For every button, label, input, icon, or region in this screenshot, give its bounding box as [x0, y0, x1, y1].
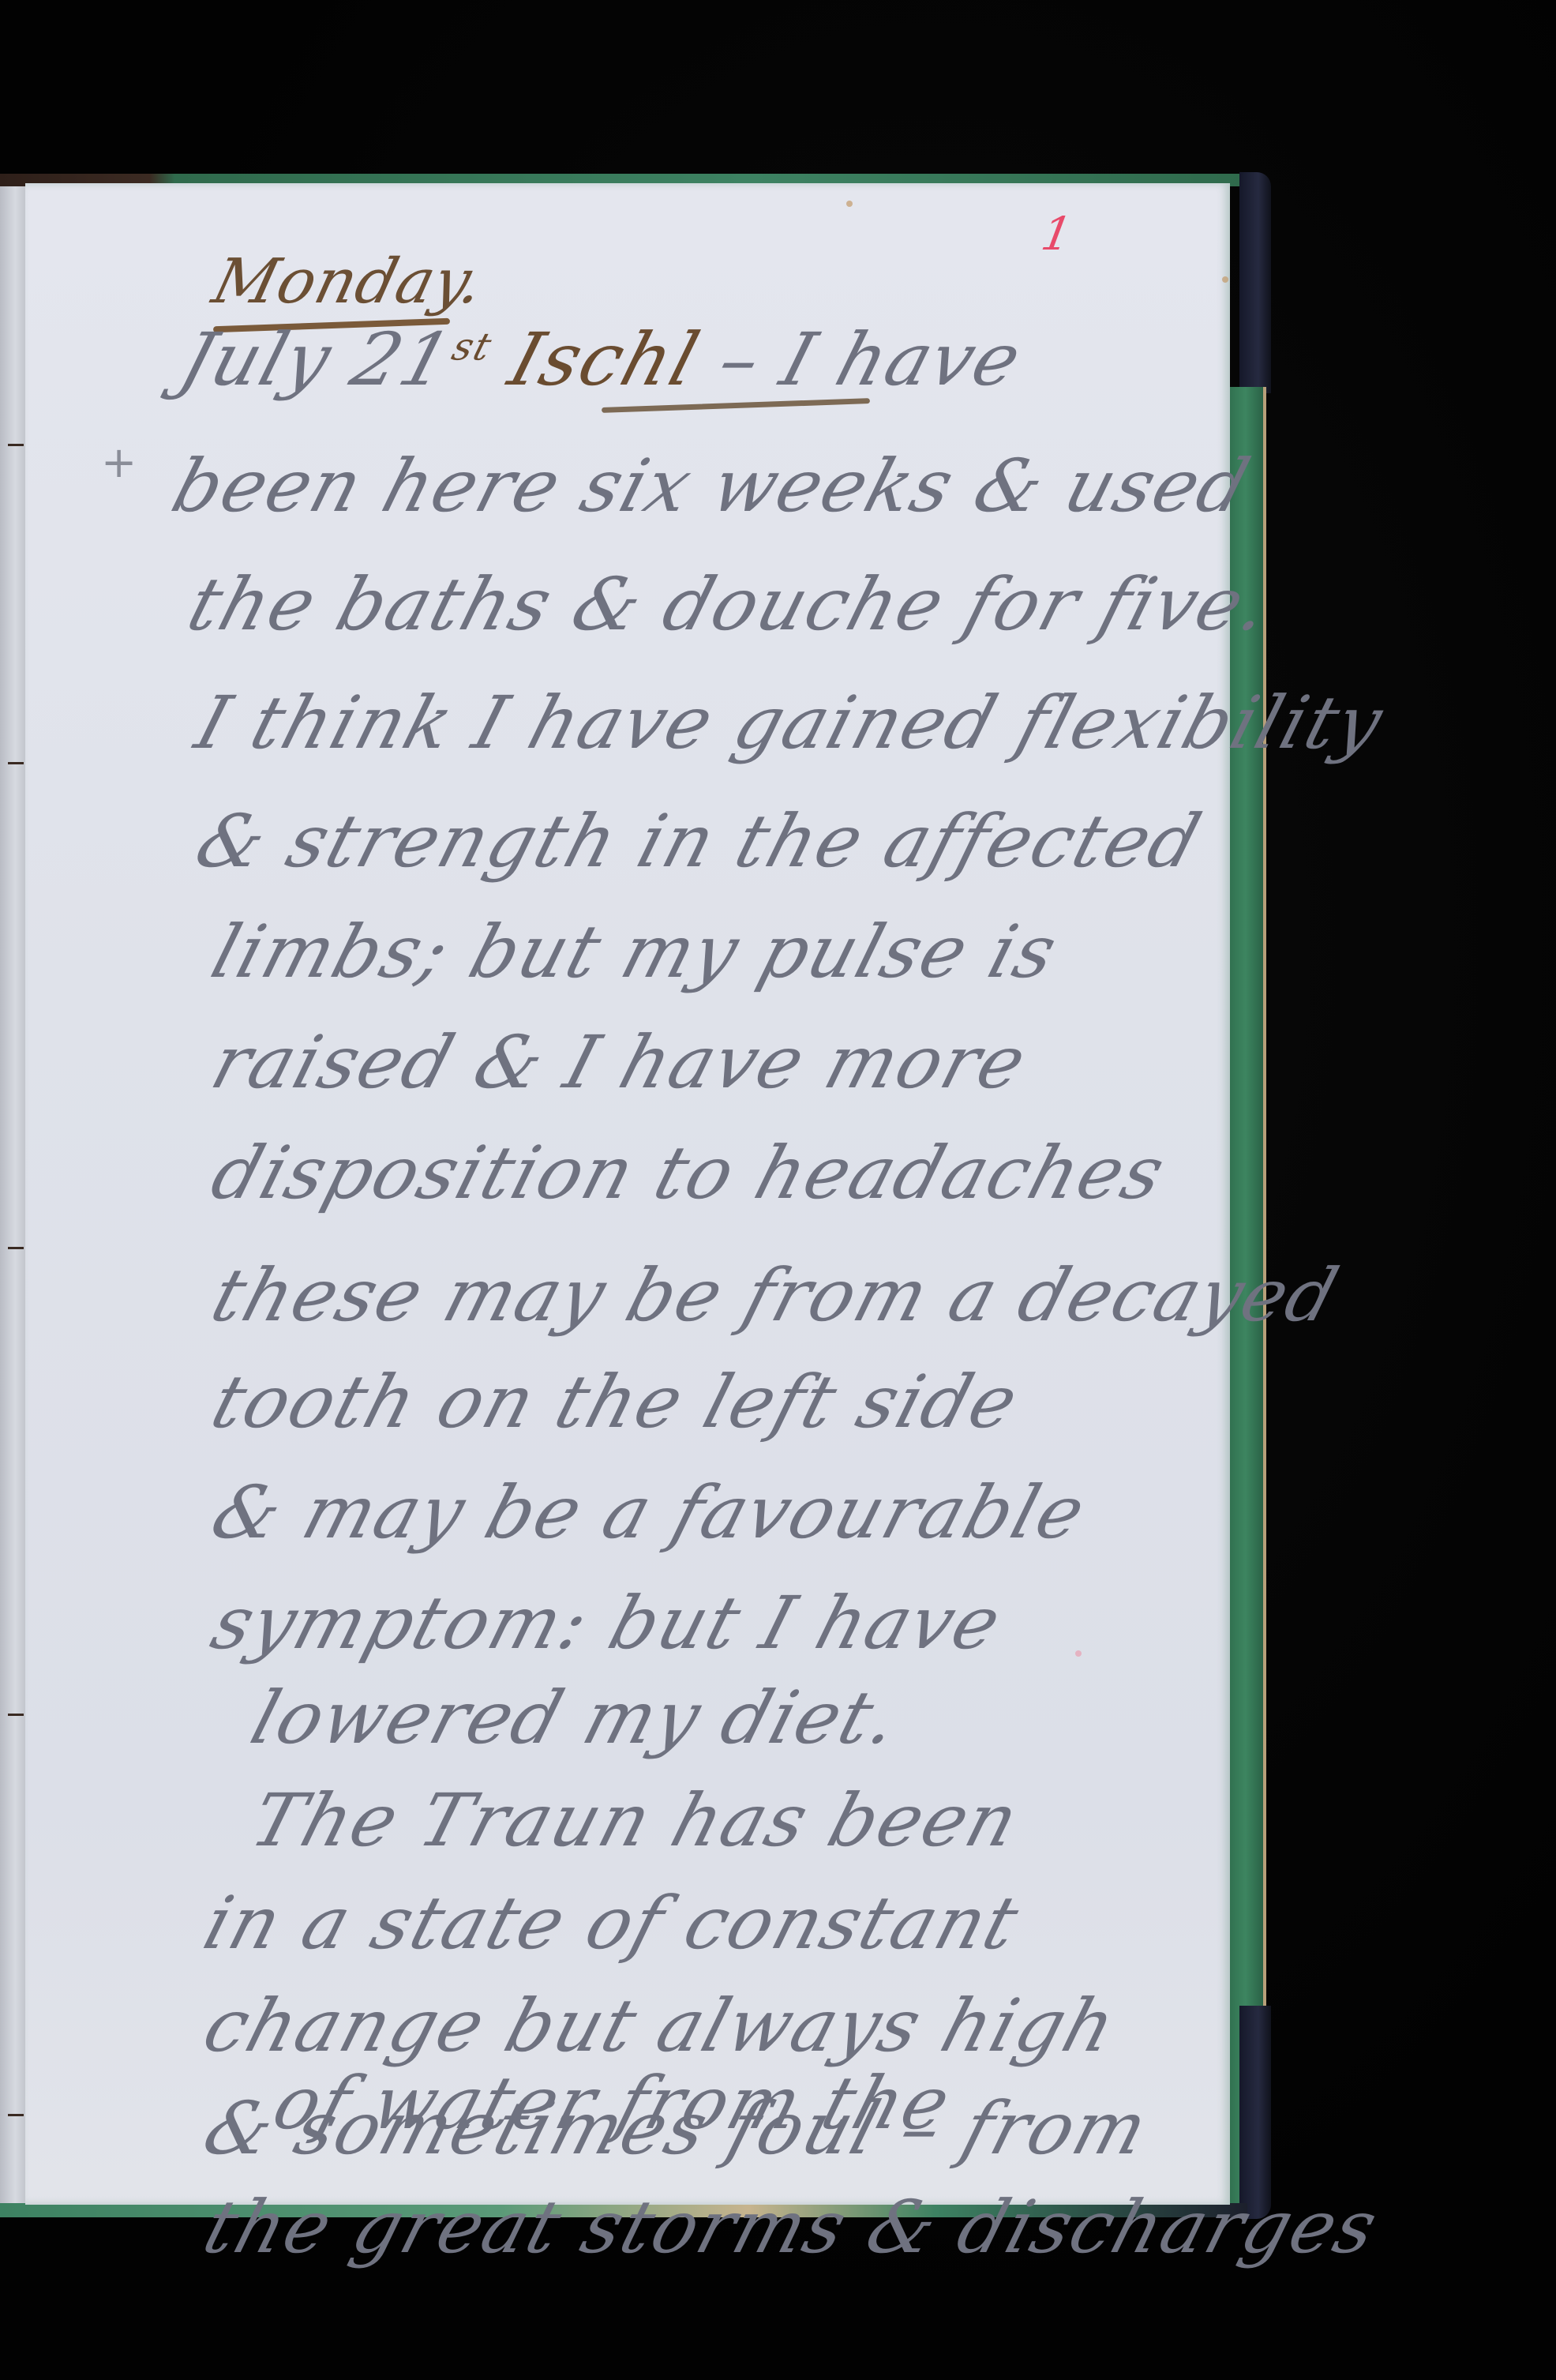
- paper-speck: [1222, 276, 1228, 283]
- cover-corner-top: [1239, 172, 1271, 393]
- paper-speck: [1075, 1650, 1082, 1657]
- text-line: The Traun has been: [242, 1778, 1029, 1863]
- text-line: these may be from a decayed: [203, 1253, 1348, 1338]
- binding-stitch: [8, 1714, 24, 1716]
- text-line: disposition to headaches: [203, 1131, 1175, 1215]
- text-line: tooth on the left side: [203, 1360, 1029, 1444]
- text-line: & strength in the affected: [187, 799, 1211, 884]
- day-heading: Monday.: [206, 246, 491, 317]
- date-line-continuation: – I have: [684, 317, 1031, 402]
- place-name: Ischl: [501, 317, 709, 402]
- text-line: symptom: but I have: [203, 1581, 1011, 1665]
- text-line: limbs; but my pulse is: [203, 910, 1067, 994]
- binding-stitch: [8, 762, 24, 764]
- facing-page-edge: [0, 183, 27, 2213]
- text-line: raised & I have more: [203, 1020, 1037, 1105]
- text-line: & may be a favourable: [203, 1470, 1096, 1555]
- text-line: lowered my diet.: [242, 1676, 909, 1760]
- text-line: in a state of constant: [195, 1881, 1029, 1965]
- paper-speck: [846, 201, 853, 207]
- date-text: July 21: [171, 317, 463, 402]
- date-line: July 21st Ischl – I have: [171, 317, 1032, 402]
- manuscript-page: 1 + Monday. July 21st Ischl – I have bee…: [25, 183, 1230, 2205]
- text-line: the great storms & discharges: [195, 2185, 1388, 2269]
- binding-stitch: [8, 2114, 24, 2116]
- binding-stitch: [8, 444, 24, 446]
- text-line: I think I have gained flexibility: [187, 681, 1393, 765]
- page-number: 1: [1037, 207, 1076, 261]
- text-line-last: of water from the: [264, 2061, 961, 2145]
- text-line: change but always high: [195, 1984, 1127, 2068]
- margin-cross-mark: +: [101, 437, 137, 487]
- text-line: been here six weeks & used: [163, 444, 1260, 528]
- binding-stitch: [8, 1247, 24, 1249]
- text-line: the baths & douche for five.: [179, 562, 1280, 647]
